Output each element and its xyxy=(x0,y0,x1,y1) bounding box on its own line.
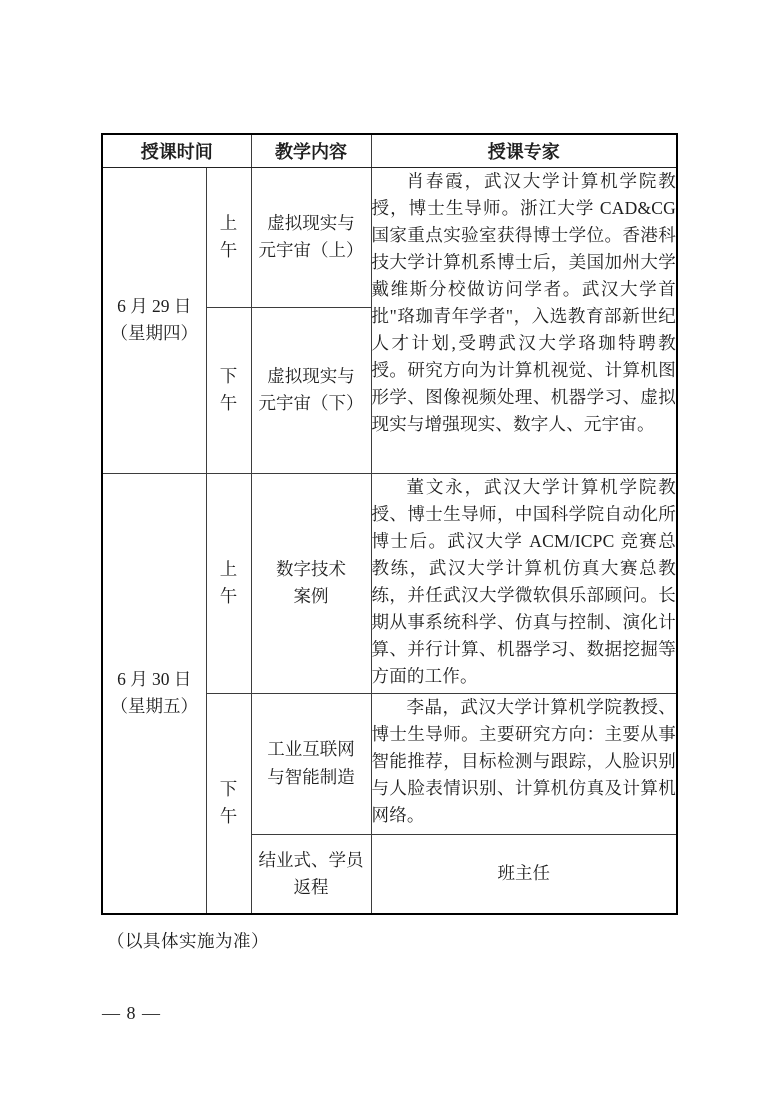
header-cell-expert: 授课专家 xyxy=(371,134,677,167)
header-cell-time: 授课时间 xyxy=(102,134,251,167)
course-cell-vr-metaverse-part1: 虚拟现实与 元宇宙（上） xyxy=(251,167,371,307)
day1-am-row: 6 月 29 日 （星期四） 上 午 虚拟现实与 元宇宙（上） 肖春霞，武汉大学… xyxy=(102,167,677,307)
expert-cell-class-director: 班主任 xyxy=(371,834,677,914)
course-cell-digital-tech-cases: 数字技术 案例 xyxy=(251,473,371,693)
date-cell-jun29: 6 月 29 日 （星期四） xyxy=(102,167,206,473)
session-cell-day2-am: 上 午 xyxy=(206,473,251,693)
session-cell-day2-pm: 下 午 xyxy=(206,693,251,914)
document-page: 授课时间 教学内容 授课专家 6 月 29 日 （星期四） 上 午 虚拟现实与 … xyxy=(0,0,777,1093)
header-row: 授课时间 教学内容 授课专家 xyxy=(102,134,677,167)
course-cell-vr-metaverse-part2: 虚拟现实与 元宇宙（下） xyxy=(251,307,371,473)
implementation-note: （以具体实施为准） xyxy=(107,928,269,953)
session-cell-day1-pm: 下 午 xyxy=(206,307,251,473)
expert-bio-dong-wenyong: 董文永，武汉大学计算机学院教授、博士生导师，中国科学院自动化所博士后。武汉大学 … xyxy=(371,473,677,693)
page-number: — 8 — xyxy=(102,1003,161,1024)
course-cell-closing-ceremony: 结业式、学员 返程 xyxy=(251,834,371,914)
date-cell-jun30: 6 月 30 日 （星期五） xyxy=(102,473,206,914)
day2-am-row: 6 月 30 日 （星期五） 上 午 数字技术 案例 董文永，武汉大学计算机学院… xyxy=(102,473,677,693)
expert-bio-li-jing: 李晶，武汉大学计算机学院教授、博士生导师。主要研究方向：主要从事智能推荐，目标检… xyxy=(371,693,677,834)
course-cell-industrial-internet: 工业互联网 与智能制造 xyxy=(251,693,371,834)
header-cell-content: 教学内容 xyxy=(251,134,371,167)
session-cell-day1-am: 上 午 xyxy=(206,167,251,307)
course-schedule-table: 授课时间 教学内容 授课专家 6 月 29 日 （星期四） 上 午 虚拟现实与 … xyxy=(101,133,678,915)
expert-bio-xiao-chunxia: 肖春霞，武汉大学计算机学院教授，博士生导师。浙江大学 CAD&CG 国家重点实验… xyxy=(371,167,677,473)
